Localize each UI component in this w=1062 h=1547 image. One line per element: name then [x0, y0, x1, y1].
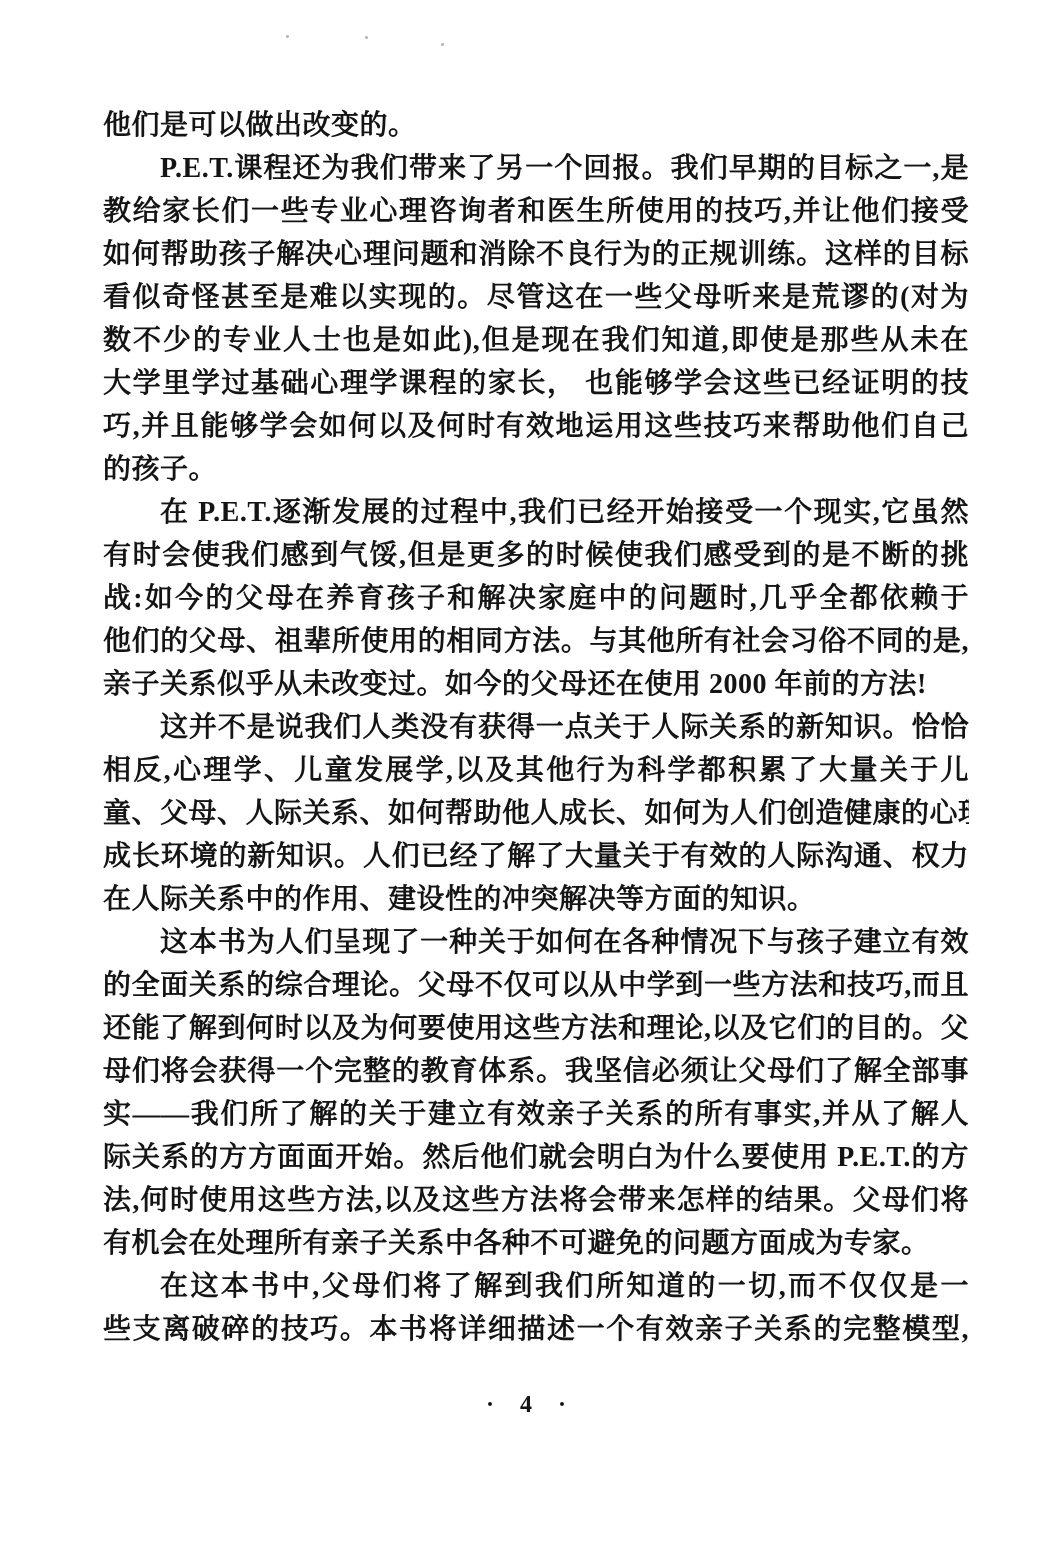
text-line: 有机会在处理所有亲子关系中各种不可避免的问题方面成为专家。 [103, 1222, 969, 1265]
book-page: 他们是可以做出改变的。P.E.T.课程还为我们带来了另一个回报。我们早期的目标之… [0, 0, 1062, 1547]
text-line: 在人际关系中的作用、建设性的冲突解决等方面的知识。 [103, 878, 969, 921]
text-line: 数不少的专业人士也是如此),但是现在我们知道,即使是那些从未在 [103, 319, 969, 362]
text-line: 在 P.E.T.逐渐发展的过程中,我们已经开始接受一个现实,它虽然 [103, 491, 969, 534]
text-line: 教给家长们一些专业心理咨询者和医生所使用的技巧,并让他们接受 [103, 190, 969, 233]
text-line: 母们将会获得一个完整的教育体系。我坚信必须让父母们了解全部事 [103, 1050, 969, 1093]
scan-speck [441, 43, 444, 46]
text-line: 他们的父母、祖辈所使用的相同方法。与其他所有社会习俗不同的是, [103, 620, 969, 663]
text-line: 的孩子。 [103, 448, 969, 491]
text-line: 法,何时使用这些方法,以及这些方法将会带来怎样的结果。父母们将 [103, 1179, 969, 1222]
scan-speck [365, 36, 368, 39]
text-line: 在这本书中,父母们将了解到我们所知道的一切,而不仅仅是一 [103, 1265, 969, 1308]
text-line: 如何帮助孩子解决心理问题和消除不良行为的正规训练。这样的目标 [103, 233, 969, 276]
text-line: 看似奇怪甚至是难以实现的。尽管这在一些父母听来是荒谬的(对为 [103, 276, 969, 319]
text-line: 相反,心理学、儿童发展学,以及其他行为科学都积累了大量关于儿 [103, 749, 969, 792]
text-line: 他们是可以做出改变的。 [103, 104, 969, 147]
text-line: 亲子关系似乎从未改变过。如今的父母还在使用 2000 年前的方法! [103, 663, 969, 706]
text-line: 这本书为人们呈现了一种关于如何在各种情况下与孩子建立有效 [103, 921, 969, 964]
text-line: 有时会使我们感到气馁,但是更多的时候使我们感受到的是不断的挑 [103, 534, 969, 577]
text-line: 还能了解到何时以及为何要使用这些方法和理论,以及它们的目的。父 [103, 1007, 969, 1050]
text-line: 这并不是说我们人类没有获得一点关于人际关系的新知识。恰恰 [103, 706, 969, 749]
text-line: 成长环境的新知识。人们已经了解了大量关于有效的人际沟通、权力 [103, 835, 969, 878]
text-line: 际关系的方方面面开始。然后他们就会明白为什么要使用 P.E.T.的方 [103, 1136, 969, 1179]
scan-speck [286, 35, 289, 38]
text-line: 大学里学过基础心理学课程的家长， 也能够学会这些已经证明的技 [103, 362, 969, 405]
text-line: 的全面关系的综合理论。父母不仅可以从中学到一些方法和技巧,而且 [103, 964, 969, 1007]
text-line: 些支离破碎的技巧。本书将详细描述一个有效亲子关系的完整模型, [103, 1308, 969, 1351]
text-line: 实——我们所了解的关于建立有效亲子关系的所有事实,并从了解人 [103, 1093, 969, 1136]
text-line: P.E.T.课程还为我们带来了另一个回报。我们早期的目标之一,是 [103, 147, 969, 190]
page-number: · 4 · [0, 1392, 1062, 1419]
body-text: 他们是可以做出改变的。P.E.T.课程还为我们带来了另一个回报。我们早期的目标之… [103, 104, 969, 1351]
text-line: 童、父母、人际关系、如何帮助他人成长、如何为人们创造健康的心理 [103, 792, 969, 835]
text-line: 战:如今的父母在养育孩子和解决家庭中的问题时,几乎全都依赖于 [103, 577, 969, 620]
text-line: 巧,并且能够学会如何以及何时有效地运用这些技巧来帮助他们自己 [103, 405, 969, 448]
